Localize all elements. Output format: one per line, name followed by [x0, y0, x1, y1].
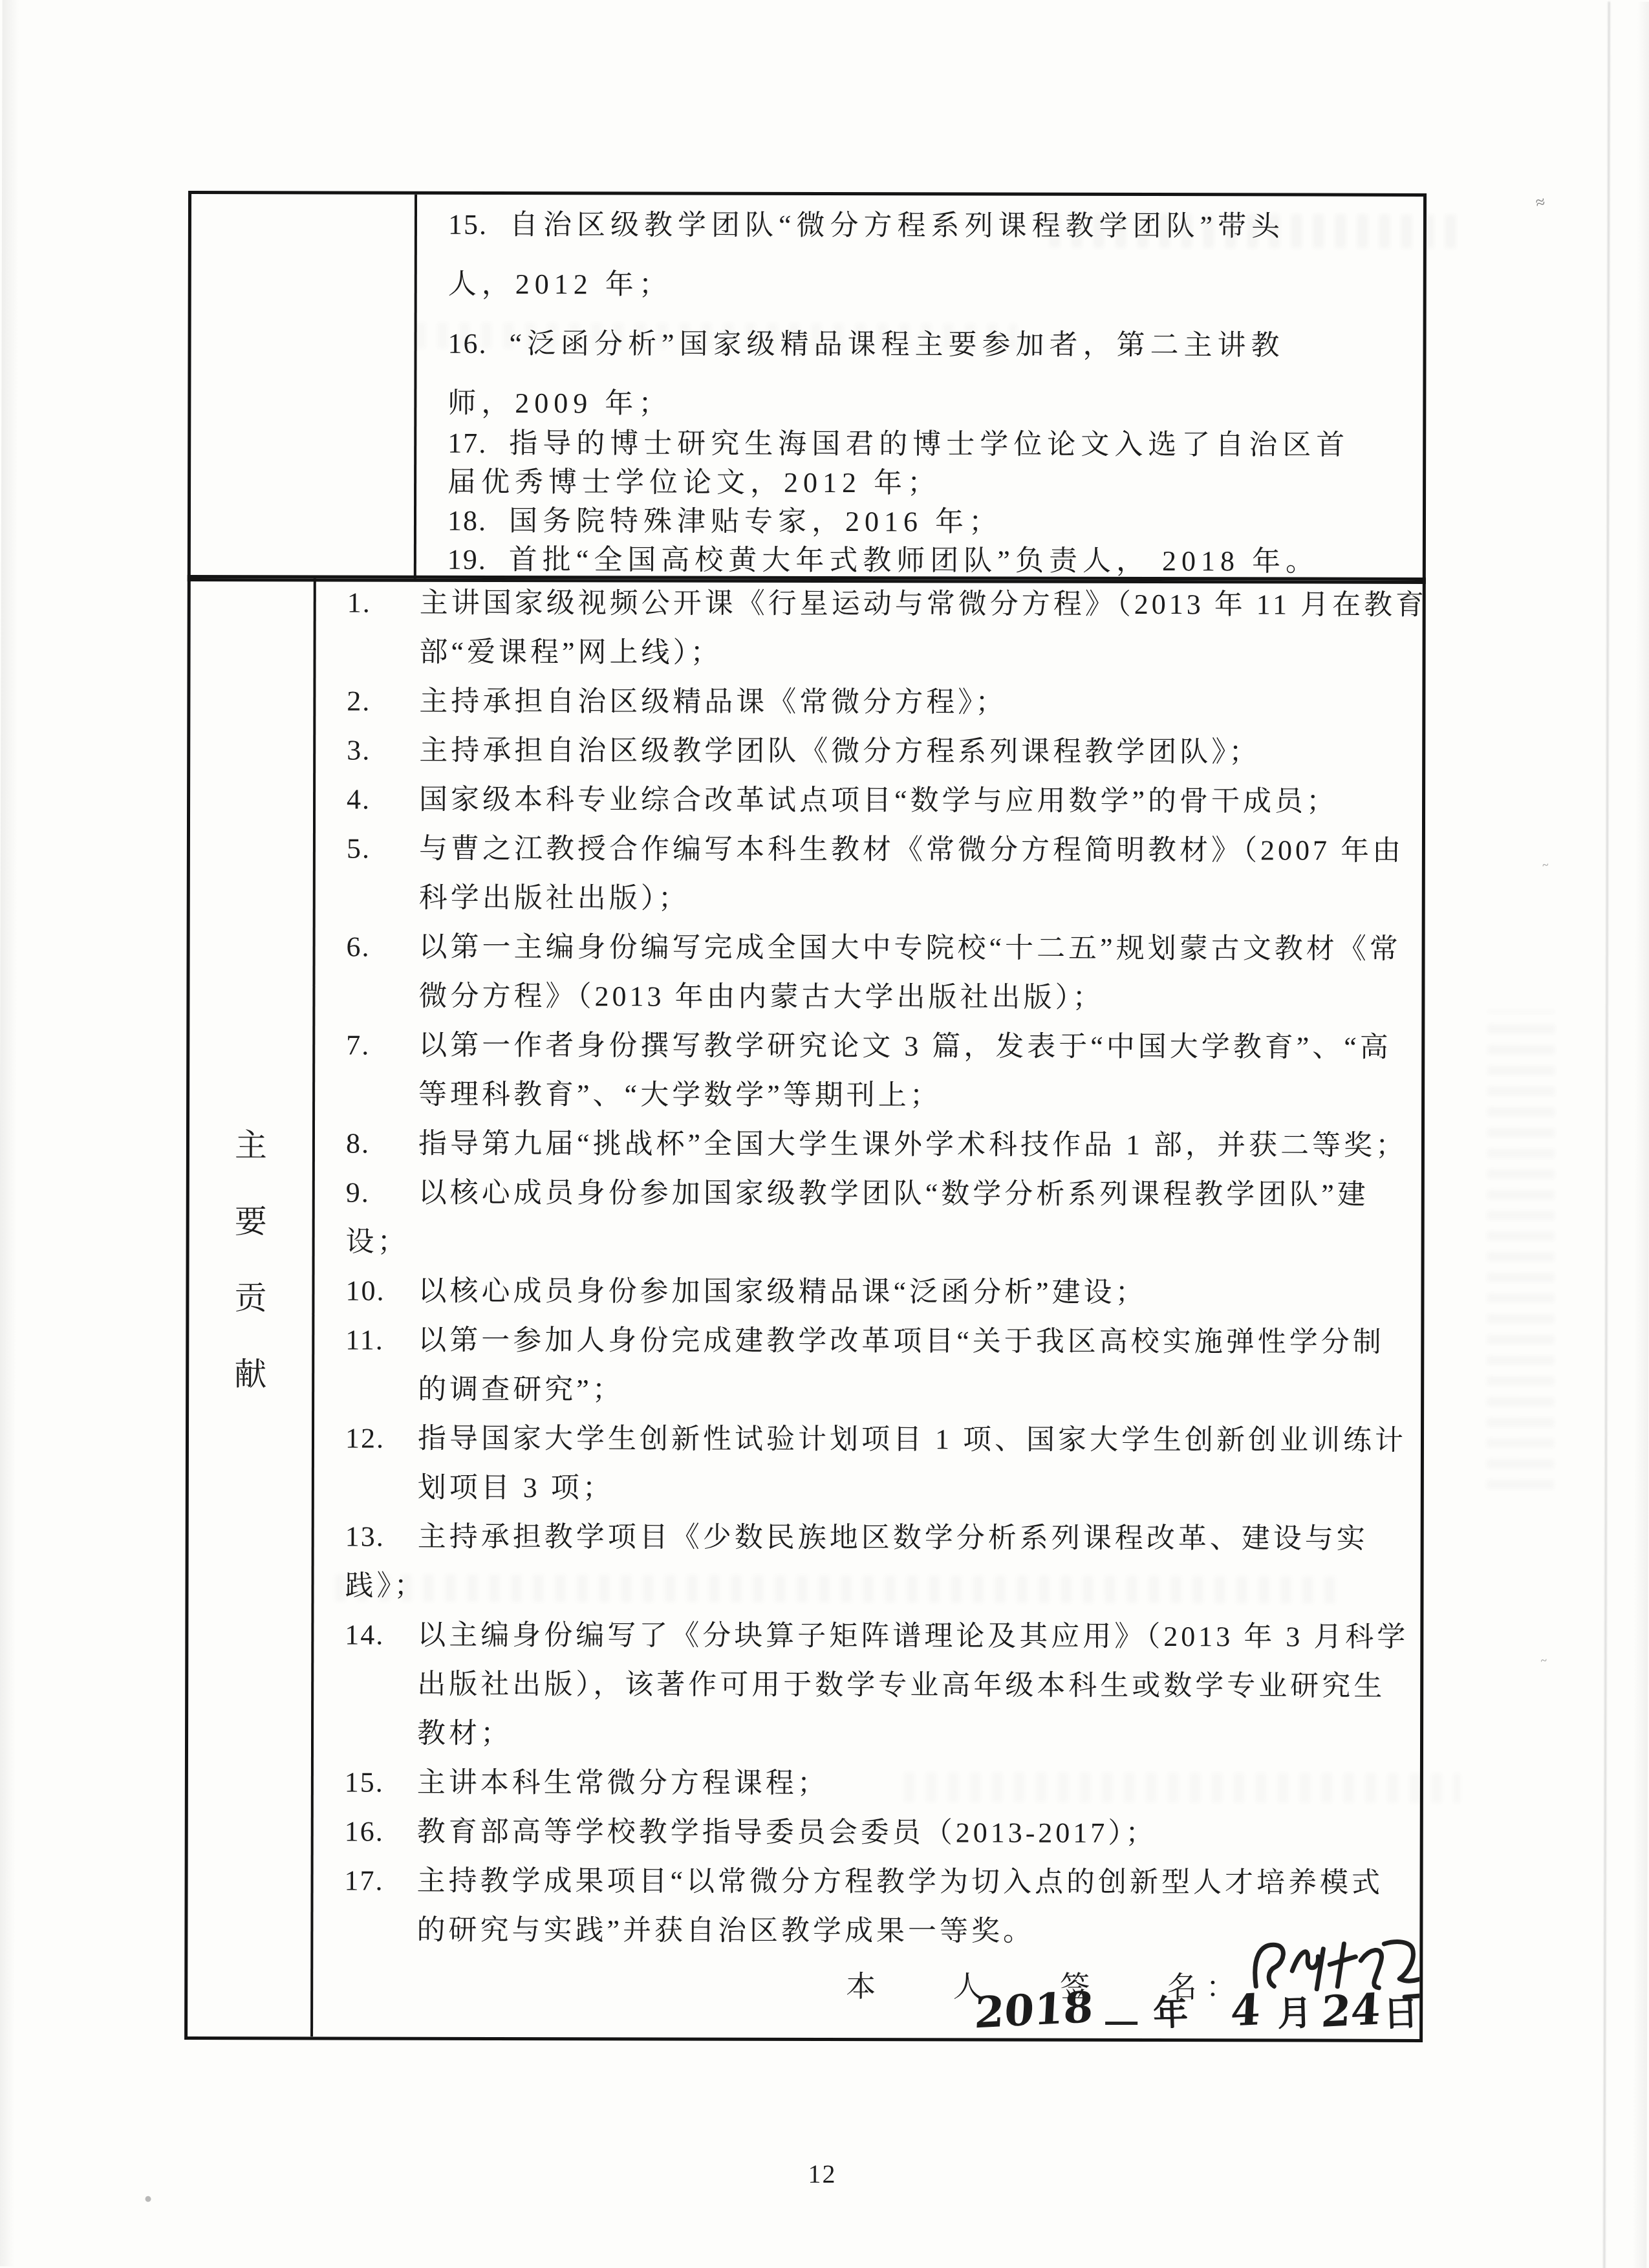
item-text: 首批“全国高校黄大年式教师团队”负责人， 2018 年。 — [509, 544, 1319, 578]
date-day-label: 日 — [1383, 1993, 1419, 2035]
list-item-line: 10.以核心成员身份参加国家级精品课“泛函分析”建设； — [345, 1266, 1421, 1317]
item-number: 15. — [448, 205, 510, 245]
list-item-line: 7.以第一作者身份撰写教学研究论文 3 篇，发表于“中国大学教育”、“高 — [346, 1021, 1421, 1072]
date-month: 4 — [1229, 1989, 1261, 2031]
row-header-char: 主 — [235, 1129, 267, 1161]
list-item-line: 14.以主编身份编写了《分块算子矩阵谱理论及其应用》（2013 年 3 月科学 — [345, 1610, 1420, 1661]
item-number: 4. — [347, 775, 419, 824]
row-header-char: 献 — [234, 1358, 266, 1390]
list-item-line: 设； — [346, 1217, 1421, 1268]
list-item-line: 践》； — [345, 1561, 1420, 1612]
item-text: 主持承担自治区级教学团队《微分方程系列课程教学团队》； — [419, 735, 1260, 768]
item-text: 主讲本科生常微分方程课程； — [417, 1767, 829, 1799]
list-item-line: 8.指导第九届“挑战杯”全国大学生课外学术科技作品 1 部，并获二等奖； — [346, 1119, 1421, 1170]
list-item-line: 15.主讲本科生常微分方程课程； — [345, 1758, 1420, 1809]
list-item-line: 师，2009 年； — [447, 383, 1423, 426]
item-number: 5. — [347, 824, 419, 873]
list-item-line: 1.主讲国家级视频公开课《行星运动与常微分方程》（2013 年 11 月在教育 — [347, 578, 1423, 629]
scan-edge-shadow — [1632, 2, 1649, 2268]
item-text: 主讲国家级视频公开课《行星运动与常微分方程》（2013 年 11 月在教育 — [420, 587, 1423, 621]
row-header-char: 要 — [235, 1205, 267, 1238]
item-number: 15. — [345, 1758, 417, 1807]
list-item-line: 4.国家级本科专业综合改革试点项目“数学与应用数学”的骨干成员； — [347, 775, 1422, 826]
list-item-line: 3.主持承担自治区级教学团队《微分方程系列课程教学团队》； — [347, 726, 1422, 777]
list-item-line: 出版社出版），该著作可用于数学专业高年级本科生或数学专业研究生 — [345, 1659, 1420, 1711]
page-number: 12 — [0, 2157, 1647, 2190]
item-text: 以第一参加人身份完成建教学改革项目“关于我区高校实施弹性学分制 — [418, 1324, 1385, 1358]
item-number: 19. — [447, 541, 509, 579]
date-year: 2018 — [974, 1987, 1095, 2033]
date-underline — [1105, 1993, 1137, 2025]
list-item-line: 16.教育部高等学校教学指导委员会委员（2013-2017）； — [345, 1807, 1420, 1858]
scan-smudge: ~ — [1541, 856, 1549, 874]
item-number: 8. — [346, 1119, 418, 1168]
item-number: 13. — [345, 1512, 418, 1561]
list-item-line: 部“爱课程”网上线）； — [347, 627, 1422, 678]
scan-smudge: ~ — [1540, 1652, 1548, 1669]
item-text: 以核心成员身份参加国家级教学团队“数学分析系列课程教学团队”建 — [418, 1177, 1369, 1211]
item-text: 主持教学成果项目“以常微分方程教学为切入点的创新型人才培养模式 — [417, 1865, 1384, 1899]
list-item-line: 12.指导国家大学生创新性试验计划项目 1 项、国家大学生创新创业训练计 — [345, 1414, 1421, 1465]
list-item-line: 13.主持承担教学项目《少数民族地区数学分析系列课程改革、建设与实 — [345, 1512, 1421, 1563]
list-item-line: 17.主持教学成果项目“以常微分方程教学为切入点的创新型人才培养模式 — [344, 1856, 1419, 1907]
list-item-line: 5.与曹之江教授合作编写本科生教材《常微分方程简明教材》（2007 年由 — [347, 824, 1422, 875]
bleedthrough-artifact — [1487, 1010, 1555, 1489]
scan-dot — [145, 2196, 151, 2202]
item-number: 7. — [346, 1021, 418, 1070]
list-item-line: 11.以第一参加人身份完成建教学改革项目“关于我区高校实施弹性学分制 — [345, 1315, 1421, 1366]
item-text: 主持承担教学项目《少数民族地区数学分析系列课程改革、建设与实 — [418, 1521, 1368, 1555]
list-item-line: 人，2012 年； — [448, 265, 1423, 307]
item-number: 6. — [347, 922, 419, 971]
item-number: 10. — [345, 1266, 418, 1315]
item-text: 以主编身份编写了《分块算子矩阵谱理论及其应用》（2013 年 3 月科学 — [417, 1619, 1408, 1653]
list-item-line: 16.“泛函分析”国家级精品课程主要参加者，第二主讲教 — [447, 324, 1423, 366]
item-number: 9. — [346, 1168, 418, 1217]
item-number: 14. — [345, 1610, 417, 1659]
list-item-line: 2.主持承担自治区级精品课《常微分方程》； — [347, 676, 1422, 728]
item-number: 18. — [447, 502, 509, 540]
list-item-line: 9.以核心成员身份参加国家级教学团队“数学分析系列课程教学团队”建 — [346, 1168, 1421, 1219]
item-number: 17. — [344, 1856, 416, 1905]
item-text: 以核心成员身份参加国家级精品课“泛函分析”建设； — [418, 1275, 1147, 1308]
awards-table-continuation: 15.自治区级教学团队“微分方程系列课程教学团队”带头人，2012 年；16.“… — [188, 191, 1427, 584]
scan-smudge: ≈ — [1534, 193, 1546, 211]
awards-list: 15.自治区级教学团队“微分方程系列课程教学团队”带头人，2012 年；16.“… — [447, 205, 1423, 581]
list-item-line: 6.以第一主编身份编写完成全国大中专院校“十二五”规划蒙古文教材《常 — [347, 922, 1422, 973]
empty-header-cell — [191, 194, 415, 579]
list-item-line: 等理科教育”、“大学数学”等期刊上； — [346, 1070, 1421, 1121]
item-text: 指导国家大学生创新性试验计划项目 1 项、国家大学生创新创业训练计 — [418, 1423, 1406, 1456]
item-text: “泛函分析”国家级精品课程主要参加者，第二主讲教 — [510, 328, 1285, 362]
list-item-line: 科学出版社出版）； — [347, 873, 1422, 924]
item-number: 3. — [347, 726, 419, 775]
item-number: 1. — [347, 578, 420, 627]
item-text: 主持承担自治区级精品课《常微分方程》； — [419, 686, 1007, 718]
scanned-document-page: 15.自治区级教学团队“微分方程系列课程教学团队”带头人，2012 年；16.“… — [0, 0, 1649, 2268]
item-number: 17. — [447, 425, 509, 462]
list-item-line: 15.自治区级教学团队“微分方程系列课程教学团队”带头 — [448, 205, 1423, 247]
list-item-line: 17.指导的博士研究生海国君的博士学位论文入选了自治区首 — [447, 425, 1423, 464]
table-divider — [414, 195, 417, 579]
item-text: 与曹之江教授合作编写本科生教材《常微分方程简明教材》（2007 年由 — [419, 833, 1404, 867]
item-text: 以第一作者身份撰写教学研究论文 3 篇，发表于“中国大学教育”、“高 — [418, 1030, 1392, 1063]
item-text: 教育部高等学校教学指导委员会委员（2013-2017）； — [417, 1816, 1158, 1849]
item-text: 指导的博士研究生海国君的博士学位论文入选了自治区首 — [509, 427, 1350, 461]
main-contributions-table: 主要贡献 1.主讲国家级视频公开课《行星运动与常微分方程》（2013 年 11 … — [184, 575, 1426, 2042]
item-number: 11. — [345, 1315, 418, 1365]
list-item-line: 19.首批“全国高校黄大年式教师团队”负责人， 2018 年。 — [447, 541, 1423, 581]
list-item-line: 划项目 3 项； — [345, 1463, 1421, 1514]
scan-streak — [1603, 2, 1610, 2268]
scan-edge-shadow — [0, 0, 19, 2266]
list-item-line: 微分方程》（2013 年由内蒙古大学出版社出版）； — [346, 971, 1421, 1022]
list-item-line: 教材； — [345, 1709, 1420, 1760]
item-number: 12. — [345, 1414, 418, 1463]
item-text: 以第一主编身份编写完成全国大中专院校“十二五”规划蒙古文教材《常 — [419, 931, 1401, 965]
row-header-cell: 主要贡献 — [188, 578, 314, 2036]
date-year-label: 年 — [1152, 1993, 1189, 2034]
item-text: 自治区级教学团队“微分方程系列课程教学团队”带头 — [510, 209, 1285, 243]
date-month-label: 月 — [1277, 1993, 1313, 2035]
list-item-line: 届优秀博士学位论文，2012 年； — [447, 464, 1423, 503]
date-day: 24 — [1320, 1989, 1381, 2032]
item-number: 16. — [345, 1807, 417, 1856]
list-item-line: 的调查研究”； — [345, 1365, 1421, 1416]
item-number: 2. — [347, 676, 419, 726]
row-header-char: 贡 — [234, 1282, 266, 1314]
item-text: 国务院特殊津贴专家，2016 年； — [509, 505, 1002, 538]
item-number: 16. — [447, 324, 509, 364]
item-text: 指导第九届“挑战杯”全国大学生课外学术科技作品 1 部，并获二等奖； — [418, 1128, 1407, 1161]
row-header-main-contributions: 主要贡献 — [189, 1129, 312, 1390]
contributions-list: 1.主讲国家级视频公开课《行星运动与常微分方程》（2013 年 11 月在教育部… — [344, 578, 1422, 1956]
item-text: 国家级本科专业综合改革试点项目“数学与应用数学”的骨干成员； — [419, 784, 1338, 817]
list-item-line: 18.国务院特殊津贴专家，2016 年； — [447, 502, 1423, 542]
